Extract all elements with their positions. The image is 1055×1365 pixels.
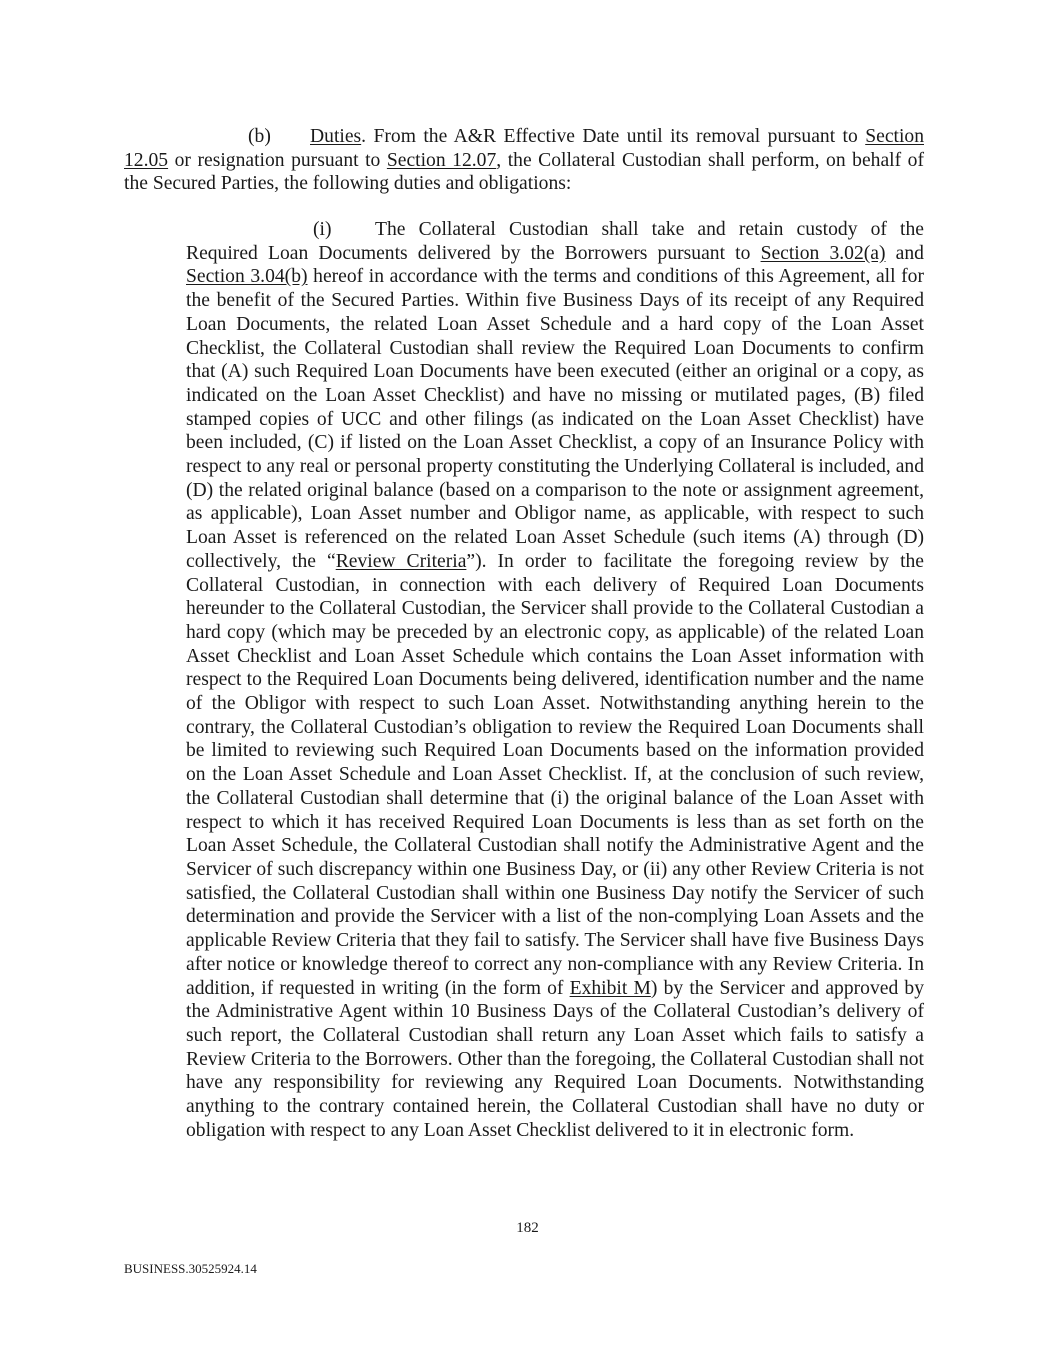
clause-i-text-4: ”). In order to facilitate the foregoing… bbox=[186, 551, 924, 999]
section-b-heading: Duties bbox=[310, 126, 361, 147]
section-3-04b-reference: Section 3.04(b) bbox=[186, 266, 308, 287]
clause-i-text-3: hereof in accordance with the terms and … bbox=[186, 266, 924, 571]
section-b-text-1: . From the A&R Effective Date until its … bbox=[361, 126, 865, 147]
section-b-paragraph: (b)Duties. From the A&R Effective Date u… bbox=[124, 125, 924, 196]
section-b-text-2: or resignation pursuant to bbox=[168, 150, 387, 171]
section-3-02a-reference: Section 3.02(a) bbox=[761, 243, 886, 264]
clause-i-indent bbox=[186, 219, 313, 240]
section-12-07-reference: Section 12.07 bbox=[387, 150, 496, 171]
section-b-marker: (b) bbox=[248, 125, 310, 149]
exhibit-m-reference: Exhibit M bbox=[570, 978, 651, 999]
clause-i-text-5: ) by the Servicer and approved by the Ad… bbox=[186, 978, 924, 1141]
review-criteria-defined-term: Review Criteria bbox=[336, 551, 467, 572]
document-page: (b)Duties. From the A&R Effective Date u… bbox=[0, 0, 1055, 1365]
clause-i-marker: (i) bbox=[313, 218, 375, 242]
document-id: BUSINESS.30525924.14 bbox=[124, 1261, 257, 1277]
section-b-indent bbox=[124, 126, 248, 147]
page-number: 182 bbox=[0, 1220, 1055, 1237]
clause-i-text-2: and bbox=[886, 243, 924, 264]
clause-i-paragraph: (i)The Collateral Custodian shall take a… bbox=[186, 218, 924, 1142]
